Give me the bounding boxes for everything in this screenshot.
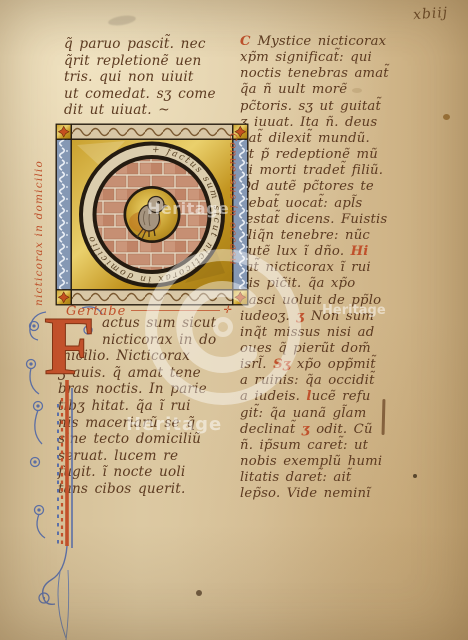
text-line: noctis tenebras amat̃ bbox=[240, 66, 420, 82]
text-line: C Mystice nicticorax bbox=[240, 34, 420, 50]
text-line: isrl̃. Sʒ xp̃o opp̃mit̃ bbox=[240, 357, 420, 373]
manuscript-page: xbiij q̃ paruo pascit̃. necq̃rit repleti… bbox=[0, 0, 468, 640]
owl-roundel: + factus sum sicut nicticorax in domicil… bbox=[79, 142, 225, 288]
rubric-cross-icon: ✛ bbox=[223, 305, 232, 316]
text-line: di morti tradet̃ filiũ. bbox=[240, 163, 420, 179]
text-line: q̃rit repletionẽ uen bbox=[64, 53, 236, 70]
text-line: nis pic̃it. q̃a xp̃o bbox=[240, 276, 420, 292]
text-line: autẽ lux ĩ dño. Hi bbox=[240, 244, 420, 260]
text-line: ut p̃ redeptionẽ mũ bbox=[240, 147, 420, 163]
right-column: C Mystice nicticoraxxp̃m significat̃: qu… bbox=[240, 34, 420, 503]
text-line: nebat̃ uocat̃: apl̃s bbox=[240, 196, 420, 212]
stain-mark bbox=[413, 474, 417, 478]
owl-miniature-panel: + factus sum sicut nicticorax in domicil… bbox=[55, 123, 249, 306]
stain-mark bbox=[443, 114, 450, 120]
text-line: a iudeis. lucẽ refu bbox=[240, 389, 420, 405]
text-line: ñ. ip̃sum caret̃: ut bbox=[240, 438, 420, 454]
text-line: tris. qui non uiuit bbox=[64, 69, 236, 86]
initial-f-penwork: F bbox=[18, 302, 110, 640]
stain-mark bbox=[107, 14, 136, 27]
text-line: litatis daret̃: ait̃ bbox=[240, 470, 420, 486]
chapter-rubric: Gertabe ✛ bbox=[66, 304, 232, 319]
text-line: q̃a ñ uult morẽ bbox=[240, 82, 420, 98]
text-line: pat̃ dilexit̃ mundũ. bbox=[240, 131, 420, 147]
text-line: aliq̃n tenebre: nũc bbox=[240, 228, 420, 244]
miniature-left-caption: nicticorax in domicilio bbox=[33, 138, 45, 306]
text-line: ut comedat. sʒ come bbox=[64, 86, 236, 103]
miniature-right-caption: Conuersus in occasu bbox=[227, 133, 239, 309]
text-line: nasci uoluit de pp̃lo bbox=[240, 293, 420, 309]
text-line: lep̃so. Vide neminĩ bbox=[240, 486, 420, 502]
text-line: dit ut uiuat. ~ bbox=[64, 102, 236, 119]
text-line: testat̃ dicens. Fuistis bbox=[240, 212, 420, 228]
text-line: tat̃ nicticorax ĩ rui bbox=[240, 260, 420, 276]
rubric-line-filler bbox=[131, 310, 219, 311]
text-line: q̃ paruo pascit̃. nec bbox=[64, 36, 236, 53]
text-line: Q̃d autẽ pc̃tores te bbox=[240, 179, 420, 195]
folio-number: xbiij bbox=[412, 5, 448, 23]
left-column-top: q̃ paruo pascit̃. necq̃rit repletionẽ ue… bbox=[64, 36, 236, 119]
text-line: xp̃m significat̃: qui bbox=[240, 50, 420, 66]
text-line: pc̃toris. sʒ ut guitat̃ bbox=[240, 99, 420, 115]
stain-mark bbox=[196, 590, 202, 596]
text-line: ʒ iuuat. Ita ñ. deus bbox=[240, 115, 420, 131]
text-line: git̃: q̃a uanã gl̃am bbox=[240, 406, 420, 422]
text-line: inq̃t missus nisi ad bbox=[240, 325, 420, 341]
text-line: iudeoʒ. ʒ Non sum bbox=[240, 309, 420, 325]
text-line: declinat̃ ʒ odit. Cũ bbox=[240, 422, 420, 438]
text-line: a ruinis: q̃a occidit̃ bbox=[240, 373, 420, 389]
text-line: nobis exemplũ humi bbox=[240, 454, 420, 470]
text-line: oues q̃ pierũt dom̃ bbox=[240, 341, 420, 357]
rubric-text: Gertabe bbox=[66, 304, 126, 319]
stain-mark bbox=[352, 88, 362, 93]
